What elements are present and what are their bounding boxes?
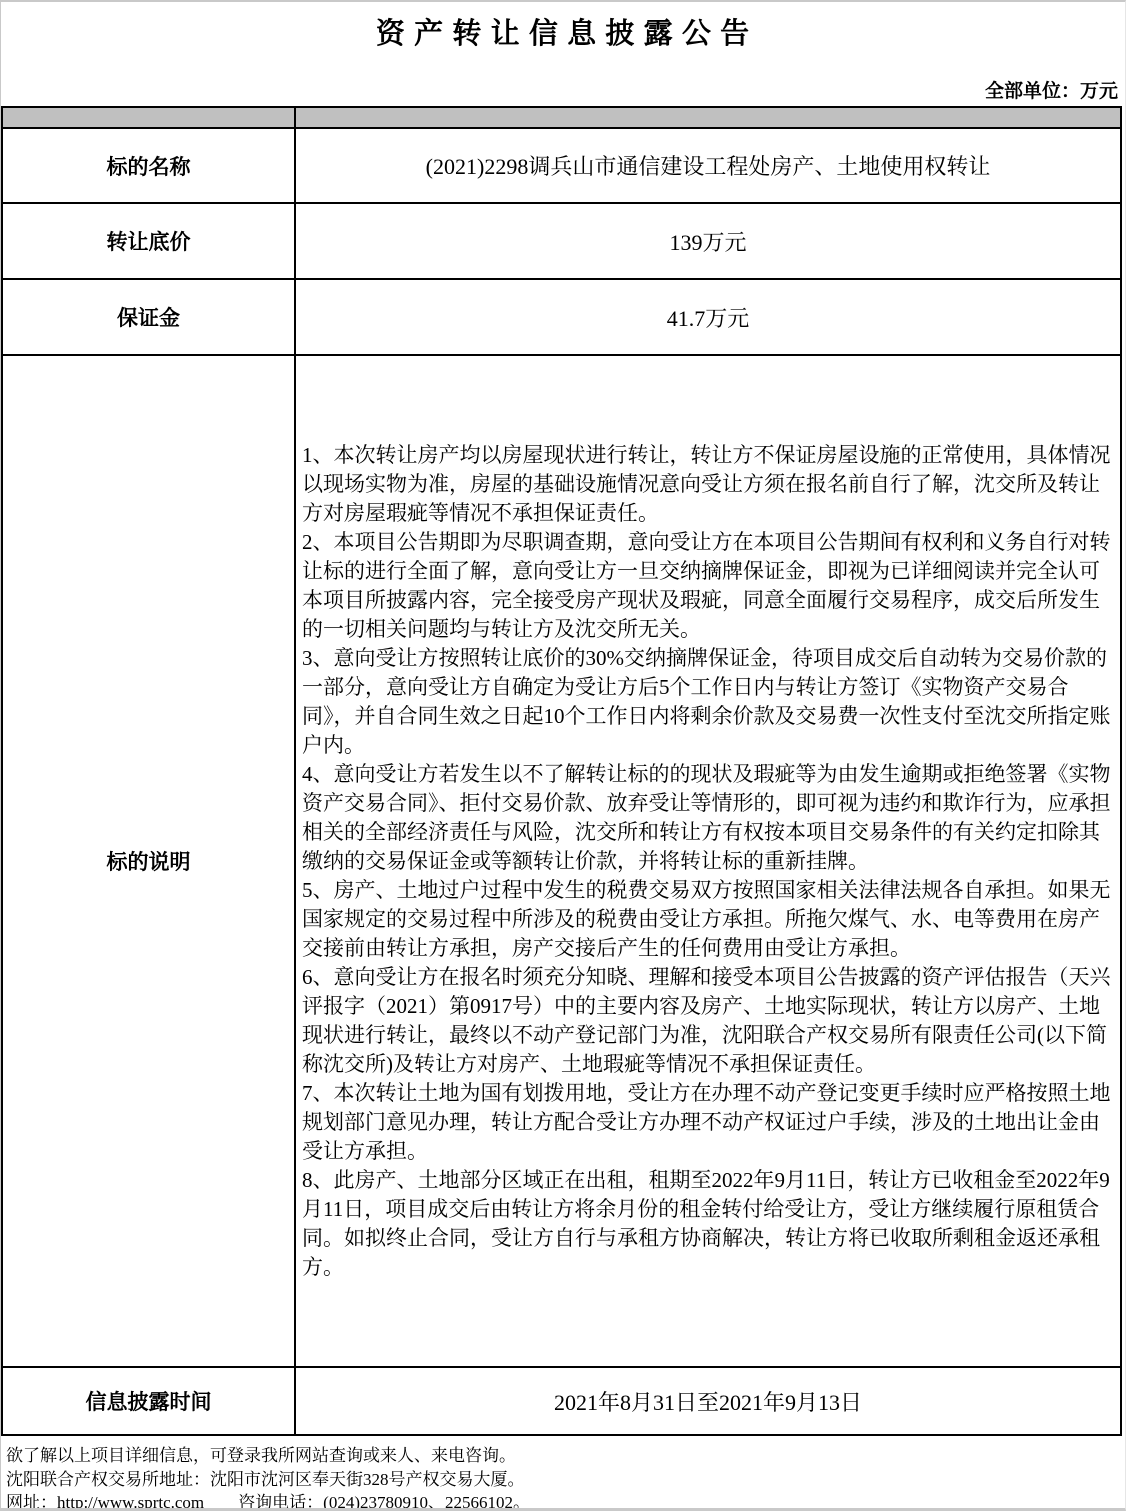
clause-3: 3、意向受让方按照转让底价的30%交纳摘牌保证金，待项目成交后自动转为交易价款的… — [302, 644, 1114, 760]
header-cell-value — [295, 107, 1121, 128]
base-price-label: 转让底价 — [2, 203, 295, 279]
subject-name-label: 标的名称 — [2, 128, 295, 203]
footer-address-line: 沈阳联合产权交易所地址：沈阳市沈河区奉天街328号产权交易大厦。 — [6, 1468, 1125, 1492]
table-row: 信息披露时间 2021年8月31日至2021年9月13日 — [2, 1367, 1121, 1435]
clause-2: 2、本项目公告期即为尽职调查期，意向受让方在本项目公告期间有权利和义务自行对转让… — [302, 528, 1114, 644]
page-title: 资 产 转 让 信 息 披 露 公 告 — [1, 2, 1125, 52]
announcement-page: 资 产 转 让 信 息 披 露 公 告 全部单位：万元 标的名称 (2021)2… — [0, 0, 1126, 1511]
subject-description-text: 1、本次转让房产均以房屋现状进行转让，转让方不保证房屋设施的正常使用，具体情况以… — [295, 355, 1121, 1367]
table-row: 标的名称 (2021)2298调兵山市通信建设工程处房产、土地使用权转让 — [2, 128, 1121, 203]
unit-note: 全部单位：万元 — [1, 76, 1118, 103]
page-footer: 欲了解以上项目详细信息，可登录我所网站查询或来人、来电咨询。 沈阳联合产权交易所… — [1, 1436, 1125, 1511]
clause-5: 5、房产、土地过户过程中发生的税费交易双方按照国家相关法律法规各自承担。如果无国… — [302, 876, 1114, 963]
table-row: 转让底价 139万元 — [2, 203, 1121, 279]
footer-contact-line: 网址：http://www.sprtc.com 咨询电话：(024)237809… — [6, 1491, 1125, 1511]
table-row: 保证金 41.7万元 — [2, 279, 1121, 355]
clause-8: 8、此房产、土地部分区域正在出租，租期至2022年9月11日，转让方已收租金至2… — [302, 1166, 1114, 1282]
deposit-label: 保证金 — [2, 279, 295, 355]
table-row: 标的说明 1、本次转让房产均以房屋现状进行转让，转让方不保证房屋设施的正常使用，… — [2, 355, 1121, 1367]
clause-7: 7、本次转让土地为国有划拨用地，受让方在办理不动产登记变更手续时应严格按照土地规… — [302, 1079, 1114, 1166]
clause-1: 1、本次转让房产均以房屋现状进行转让，转让方不保证房屋设施的正常使用，具体情况以… — [302, 441, 1114, 528]
subject-name-value: (2021)2298调兵山市通信建设工程处房产、土地使用权转让 — [295, 128, 1121, 203]
base-price-value: 139万元 — [295, 203, 1121, 279]
table-header-row — [2, 107, 1121, 128]
disclosure-table: 标的名称 (2021)2298调兵山市通信建设工程处房产、土地使用权转让 转让底… — [1, 106, 1122, 1436]
clause-6: 6、意向受让方在报名时须充分知晓、理解和接受本项目公告披露的资产评估报告（天兴评… — [302, 963, 1114, 1079]
subject-description-label: 标的说明 — [2, 355, 295, 1367]
clause-4: 4、意向受让方若发生以不了解转让标的的现状及瑕疵等为由发生逾期或拒绝签署《实物资… — [302, 760, 1114, 876]
footer-info-line: 欲了解以上项目详细信息，可登录我所网站查询或来人、来电咨询。 — [6, 1444, 1125, 1468]
header-cell-label — [2, 107, 295, 128]
disclosure-time-value: 2021年8月31日至2021年9月13日 — [295, 1367, 1121, 1435]
disclosure-time-label: 信息披露时间 — [2, 1367, 295, 1435]
deposit-value: 41.7万元 — [295, 279, 1121, 355]
